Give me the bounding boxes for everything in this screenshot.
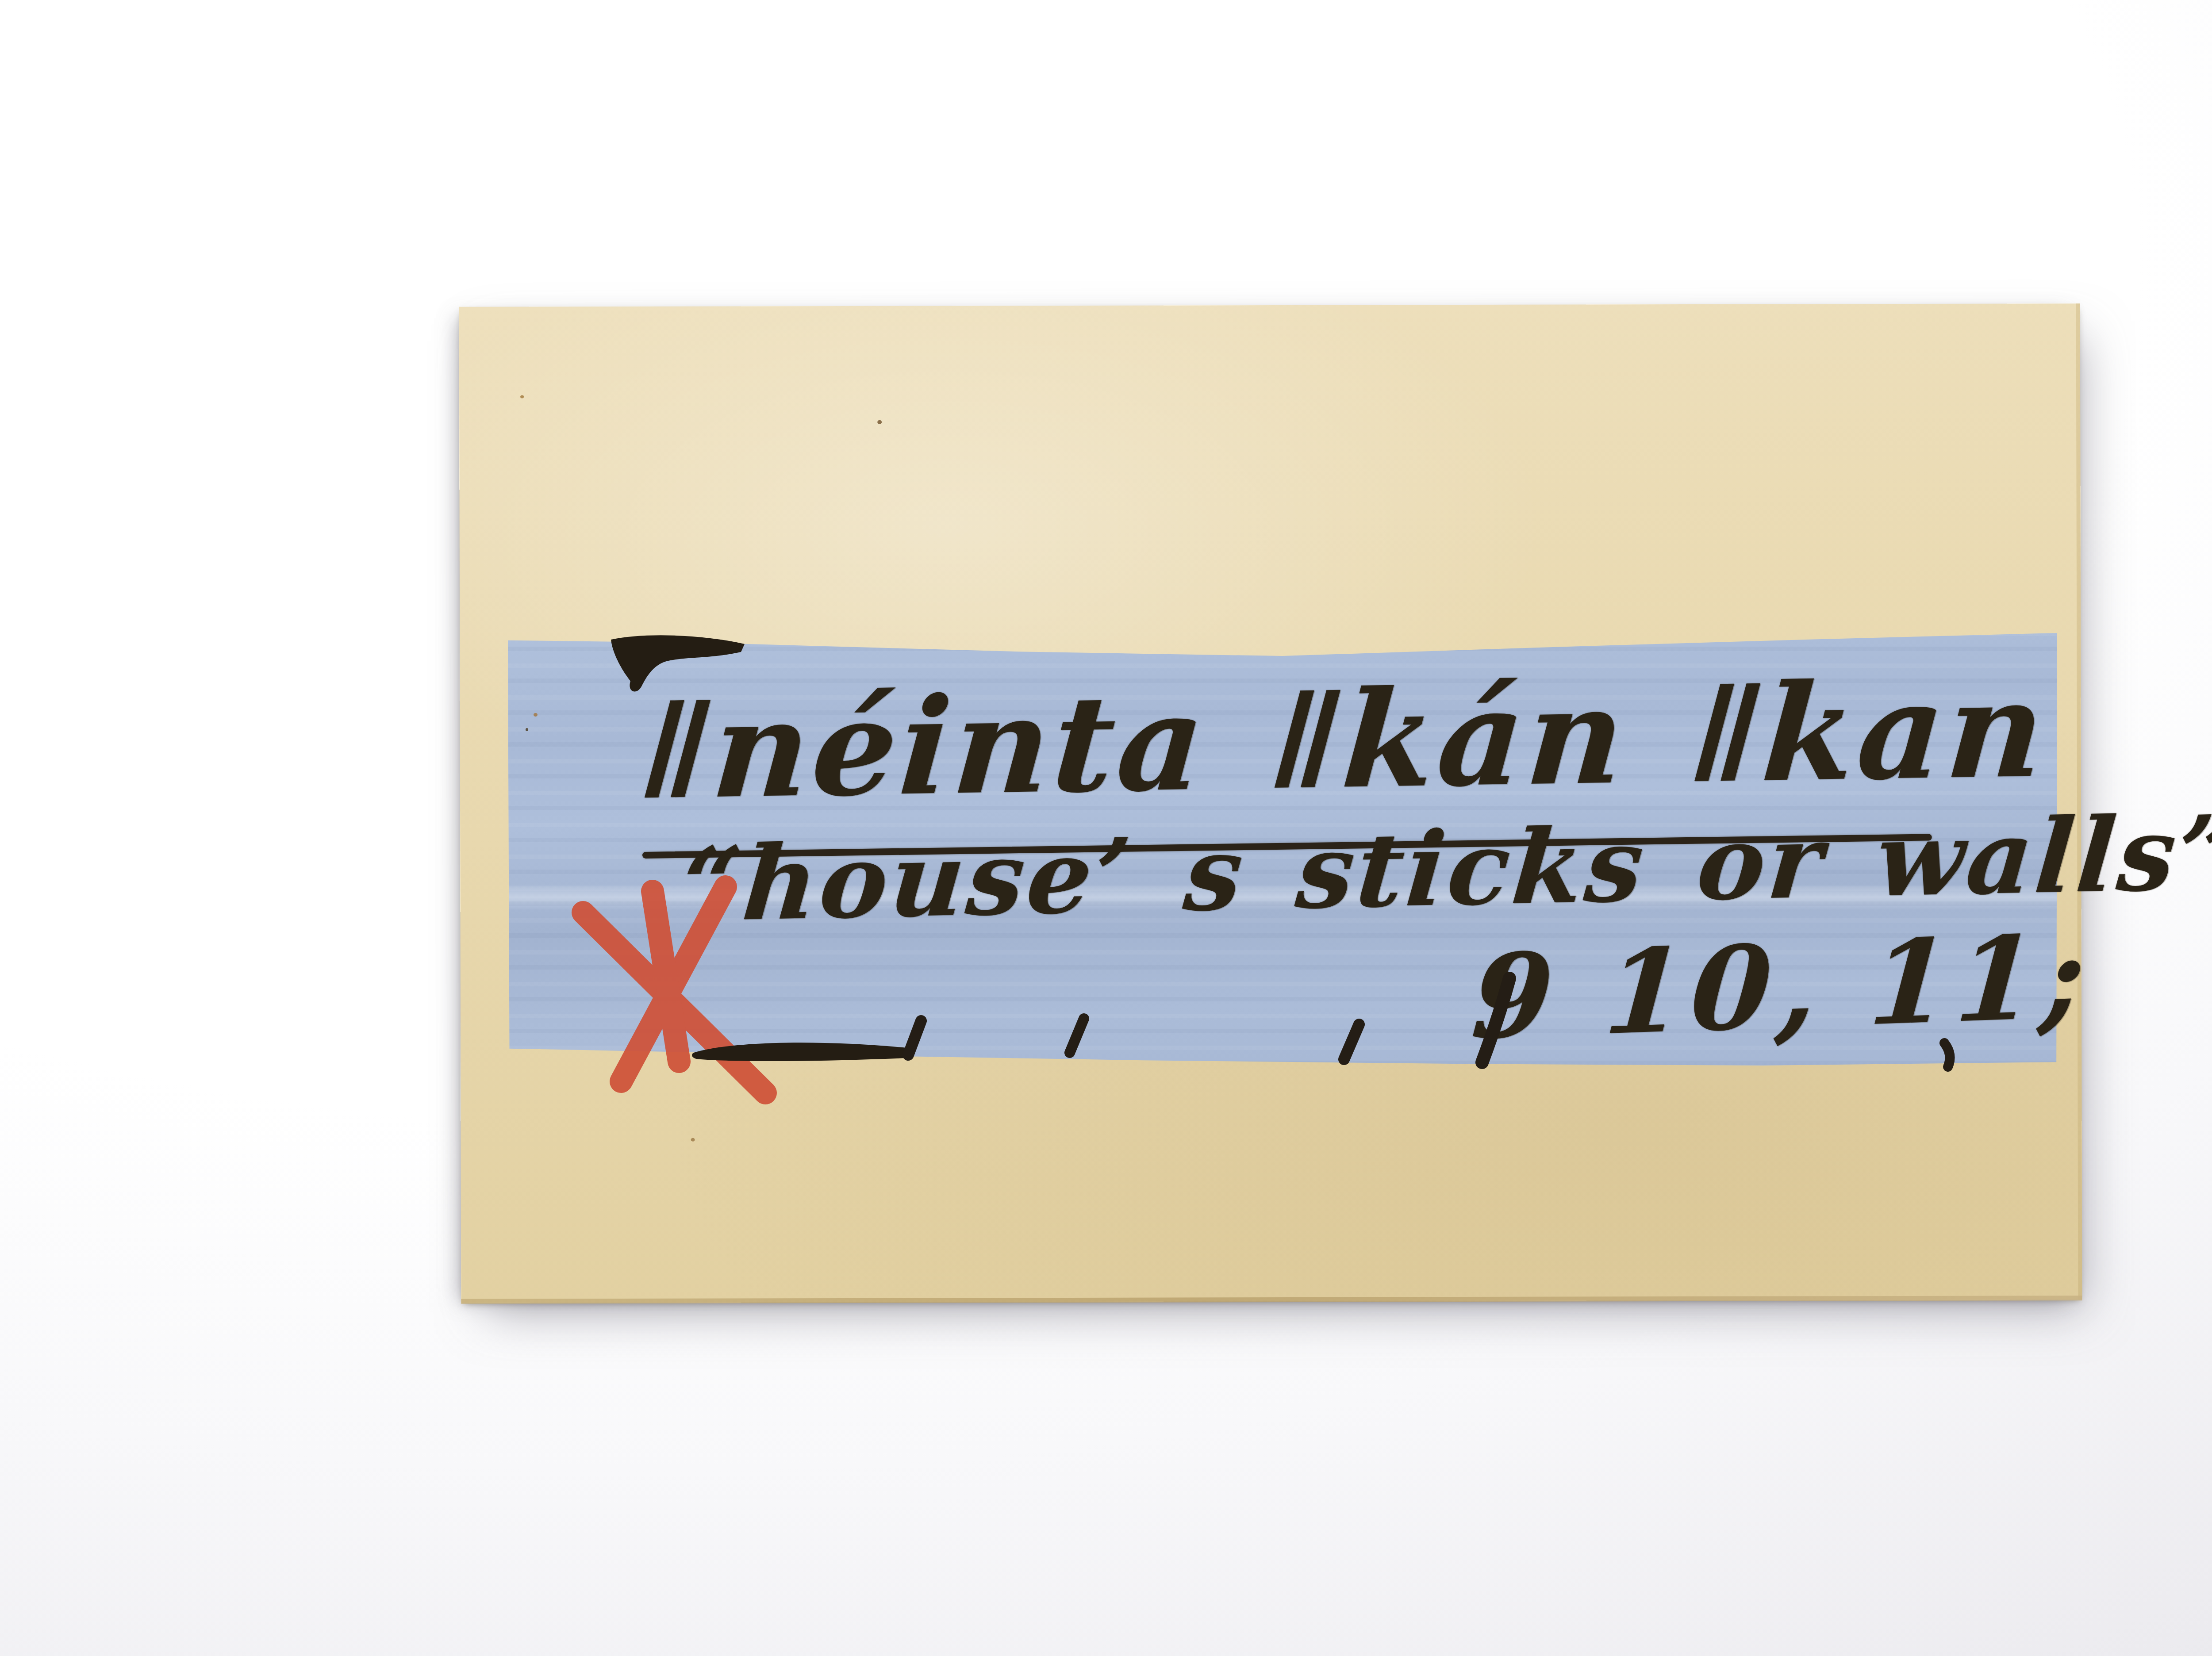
cutoff-stroke-tips-bottom — [508, 951, 2057, 1070]
card-speck — [877, 420, 882, 424]
card-speck — [520, 395, 524, 399]
photo-background: ǁnéinta ǁkán ǁkan “house’ s sticks or wa… — [0, 0, 2212, 1656]
handwritten-headword: ǁnéinta ǁkán ǁkan — [640, 663, 2051, 817]
slip-speck — [534, 713, 538, 717]
card-speck — [691, 1138, 695, 1142]
slip-speck — [526, 728, 528, 731]
